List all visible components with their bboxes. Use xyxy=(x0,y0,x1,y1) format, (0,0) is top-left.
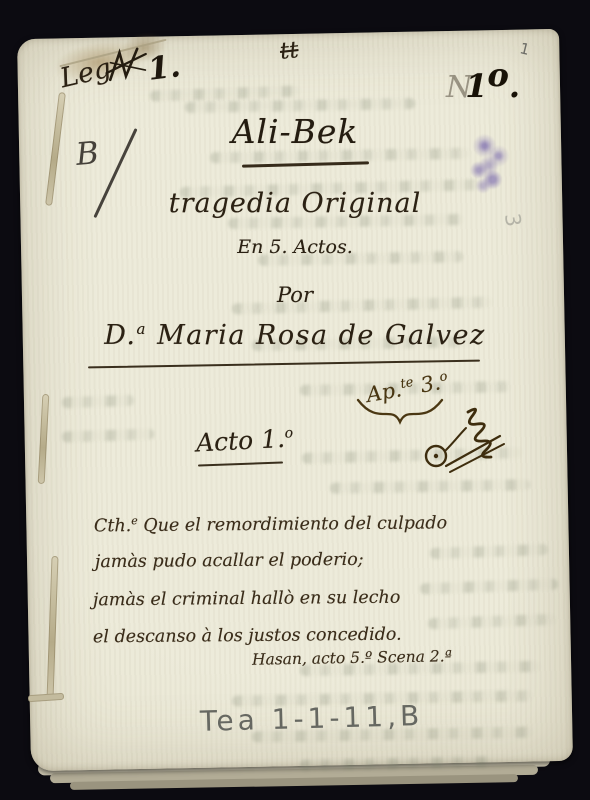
numero-superscript: o xyxy=(488,56,509,94)
epigraph-speaker-abbr: Cth. xyxy=(94,516,131,536)
epigraph-line: Cth.e Que el remordimiento del culpado xyxy=(94,511,447,536)
rubric-flourish-icon xyxy=(416,404,508,480)
apunte-digit: 3. xyxy=(412,370,442,398)
legajo-number: 1. xyxy=(146,48,183,88)
act-heading: Acto 1.o xyxy=(195,423,294,457)
epigraph-line: jamàs pudo acallar el poderio; xyxy=(95,550,364,572)
play-title: Ali-Bek xyxy=(0,112,590,151)
scanned-manuscript-page: Leg 1. tt N1o. 1 B 3 Ali-Bek tragedia Or… xyxy=(0,0,590,800)
author-prefix-superscript: a xyxy=(137,320,147,338)
act-heading-superscript: o xyxy=(284,425,293,441)
epigraph-line1-text: Que el remordimiento del culpado xyxy=(138,513,448,536)
pencil-shelfmark: Tea 1-1-11,B xyxy=(200,699,424,738)
author-prefix: D. xyxy=(104,320,136,351)
acts-line: En 5. Actos. xyxy=(0,236,590,258)
crossed-tt-mark: tt xyxy=(279,37,300,65)
epigraph-attribution: Hasan, acto 5.º Scena 2.ª xyxy=(252,647,452,668)
epigraph-line: jamàs el criminal hallò en su lecho xyxy=(93,588,400,611)
author-name: D.a Maria Rosa de Galvez xyxy=(0,320,590,351)
numero-faint-n: N xyxy=(446,70,472,105)
byline-label: Por xyxy=(0,283,590,307)
numero-mark: N1o. xyxy=(446,56,520,105)
numero-period: . xyxy=(509,67,520,105)
author-full-name: Maria Rosa de Galvez xyxy=(157,320,486,351)
act-heading-base: Acto 1. xyxy=(195,424,285,458)
genre-line: tragedia Original xyxy=(0,188,590,219)
epigraph-line: el descanso à los justos concedido. xyxy=(93,625,402,648)
crossed-out-scribble-icon xyxy=(102,44,152,91)
